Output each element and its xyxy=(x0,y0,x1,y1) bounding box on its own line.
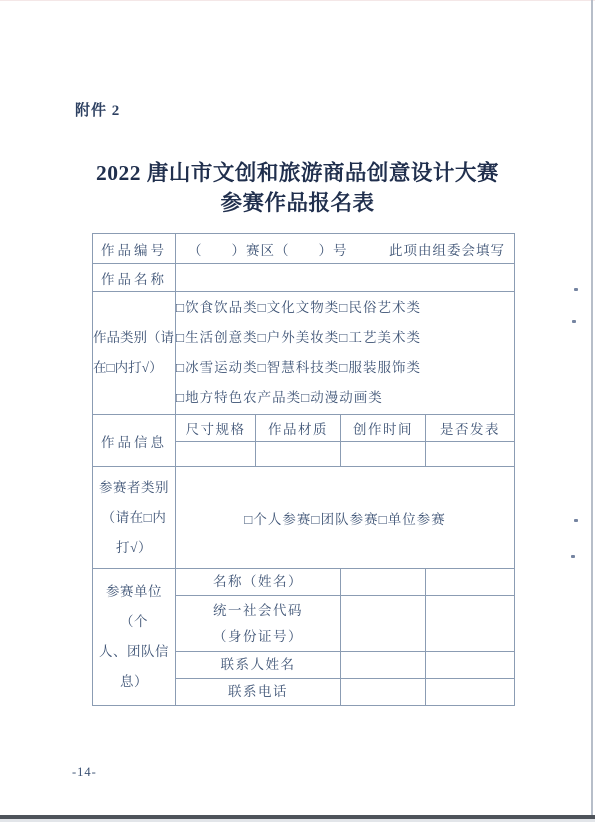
work-info-value-size xyxy=(176,442,256,467)
unit-row-label-credit-code: 统一社会代码 （身份证号） xyxy=(176,596,341,652)
unit-value-cell xyxy=(341,596,426,652)
work-category-label: 作品类别（请 在□内打√） xyxy=(93,292,176,415)
category-option-line: □生活创意类□户外美妆类□工艺美术类 xyxy=(176,323,514,353)
participant-type-options: □个人参赛□团队参赛□单位参赛 xyxy=(176,467,515,569)
unit-row-label-line: 联系电话 xyxy=(176,679,340,705)
work-number-cell: （ ）赛区（ ）号 此项由组委会填写 xyxy=(176,234,515,264)
scanned-document-page: 附件 2 2022 唐山市文创和旅游商品创意设计大赛 参赛作品报名表 作品编号 … xyxy=(0,0,595,822)
work-category-label-line: 作品类别（请 xyxy=(93,323,175,353)
participant-unit-label: 参赛单位（个 人、团队信 息） xyxy=(93,569,176,706)
committee-fill-note: 此项由组委会填写 xyxy=(389,239,505,259)
work-category-label-line: 在□内打√） xyxy=(93,353,175,383)
participant-type-label-line: （请在□内 xyxy=(93,503,175,533)
scan-top-edge xyxy=(0,0,595,1)
form-title-line2: 参赛作品报名表 xyxy=(0,188,595,218)
unit-value-cell xyxy=(426,569,515,596)
page-number: -14- xyxy=(72,765,97,780)
unit-value-cell xyxy=(341,652,426,679)
work-info-column-time: 创作时间 xyxy=(341,415,426,442)
unit-row-label-line: （身份证号） xyxy=(176,624,340,650)
work-info-value-published xyxy=(426,442,515,467)
participant-unit-label-line: 参赛单位（个 xyxy=(93,577,175,637)
unit-value-cell xyxy=(341,679,426,706)
work-info-column-published: 是否发表 xyxy=(426,415,515,442)
unit-row-label-contact-name: 联系人姓名 xyxy=(176,652,341,679)
unit-value-cell xyxy=(426,679,515,706)
attachment-label: 附件 2 xyxy=(75,99,120,120)
work-info-value-time xyxy=(341,442,426,467)
scan-right-edge xyxy=(591,0,593,822)
unit-row-label-line: 联系人姓名 xyxy=(176,652,340,678)
unit-value-cell xyxy=(426,596,515,652)
unit-row-label-line: 统一社会代码 xyxy=(176,598,340,624)
form-title-line1: 2022 唐山市文创和旅游商品创意设计大赛 xyxy=(0,158,595,188)
participant-unit-label-line: 息） xyxy=(93,667,175,697)
entry-form-table: 作品编号 （ ）赛区（ ）号 此项由组委会填写 作品名称 作品类别（请 在□内打… xyxy=(92,233,515,706)
unit-row-label-line: 名称（姓名） xyxy=(176,569,340,595)
category-option-line: □冰雪运动类□智慧科技类□服装服饰类 xyxy=(176,353,514,383)
scan-speck xyxy=(574,519,578,522)
scan-speck xyxy=(571,555,575,558)
work-name-label: 作品名称 xyxy=(93,264,176,292)
category-option-line: □饮食饮品类□文化文物类□民俗艺术类 xyxy=(176,293,514,323)
work-info-label: 作品信息 xyxy=(93,415,176,467)
unit-row-label-contact-phone: 联系电话 xyxy=(176,679,341,706)
unit-value-cell xyxy=(341,569,426,596)
category-option-line: □地方特色农产品类□动漫动画类 xyxy=(176,383,514,413)
scan-speck xyxy=(572,320,576,323)
work-number-label: 作品编号 xyxy=(93,234,176,264)
scan-speck xyxy=(574,288,578,291)
participant-type-label-line: 打√） xyxy=(93,533,175,563)
work-info-column-size: 尺寸规格 xyxy=(176,415,256,442)
work-info-value-material xyxy=(256,442,341,467)
work-name-value-cell xyxy=(176,264,515,292)
participant-type-label: 参赛者类别 （请在□内 打√） xyxy=(93,467,176,569)
work-info-column-material: 作品材质 xyxy=(256,415,341,442)
participant-type-label-line: 参赛者类别 xyxy=(93,473,175,503)
work-category-options: □饮食饮品类□文化文物类□民俗艺术类 □生活创意类□户外美妆类□工艺美术类 □冰… xyxy=(176,292,515,415)
participant-unit-label-line: 人、团队信 xyxy=(93,637,175,667)
unit-value-cell xyxy=(426,652,515,679)
form-title: 2022 唐山市文创和旅游商品创意设计大赛 参赛作品报名表 xyxy=(0,158,595,218)
unit-row-label-name: 名称（姓名） xyxy=(176,569,341,596)
work-number-value: （ ）赛区（ ）号 xyxy=(188,239,348,259)
